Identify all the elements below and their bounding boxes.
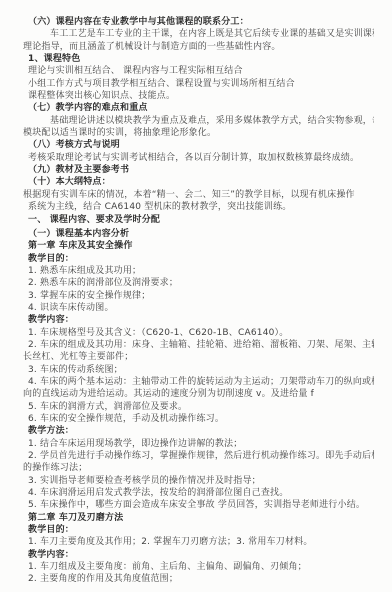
list-item: 5. 车床的润滑方式，润滑部位及要求。 xyxy=(23,401,374,413)
list-item: 2. 学员首先进行手动操作练习，掌握操作规律，然后进行机动操作练习。即先手动后机… xyxy=(23,450,374,462)
section-heading: （九）教材及主要参考书 xyxy=(23,164,374,176)
text-line: 的操作练习法； xyxy=(23,462,374,474)
label-heading: 教学方法： xyxy=(23,425,374,437)
list-item: 2. 车床的组成及其功用：床身、主轴箱、挂轮箱、进给箱、溜板箱、刀架、尾架、主轴… xyxy=(23,339,374,351)
text-line: 向的直线运动为进给运动。其运动的速度分别为切削速度 v。及进给量 f xyxy=(23,388,374,400)
list-item: 4. 车床的两个基本运动：主轴带动工件的旋转运动为主运动；刀架带动车刀的纵向或横 xyxy=(23,376,374,388)
text-line: 模块配以适当课时的实训，将抽象理论形象化。 xyxy=(23,127,374,139)
text-line: 基础理论讲述以模块教学为重点及难点，采用多媒体教学方式，结合实物参观，每一 xyxy=(23,115,374,127)
list-item: 5. 车床操作中，哪些方面会造成车床安全事故 学员回答，实训指导老师进行小结。 xyxy=(23,499,374,511)
list-item: 4. 识读车床传动图。 xyxy=(23,302,374,314)
label-heading: 教学目的： xyxy=(23,253,374,265)
text-line: 理论与实训相互结合、 课程内容与工程实际相互结合 xyxy=(23,65,374,77)
text-line: 车工工艺是车工专业的主干课，在内容上既是其它后续专业课的基础又是实训课程的 xyxy=(23,28,374,40)
list-item: 1. 结合车床运用现场教学，即边操作边讲解的教法； xyxy=(23,438,374,450)
label-heading: 教学目的： xyxy=(23,524,374,536)
list-item: 1. 车床规格型号及其含义：（C620-1、C620-1B、CA6140）。 xyxy=(23,327,374,339)
list-item: 1. 车刀组成及主要角度：前角、主后角、主偏角、副偏角、刃倾角； xyxy=(23,561,374,573)
text-line: 课程整体突出核心知识点、技能点。 xyxy=(23,90,374,102)
document-page: （六）课程内容在专业教学中与其他课程的联系分工： 车工工艺是车工专业的主干课，在… xyxy=(0,0,392,592)
section-heading: （六）课程内容在专业教学中与其他课程的联系分工： xyxy=(23,16,374,28)
label-heading: 教学内容： xyxy=(23,549,374,561)
list-item: 2. 熟悉车床的润滑部位及润滑要求； xyxy=(23,277,374,289)
list-item: 1. 熟悉车床组成及其功用； xyxy=(23,265,374,277)
list-item: 4. 车床润滑运用启发式教学法，按发给的润滑部位图自己查找。 xyxy=(23,487,374,499)
list-item: 1. 车刀主要角度及其作用；2. 掌握车刀刃磨方法；3. 常用车刀材料。 xyxy=(23,536,374,548)
text-line: 系统为主线，结合 CA6140 型机床的教材教学，突出技能训练。 xyxy=(23,201,374,213)
list-item: 3. 实训指导老师要检查考核学员的操作情况并及时指导； xyxy=(23,475,374,487)
text-line: 理论指导，而且涵盖了机械设计与制造方面的一些基础性内容。 xyxy=(23,41,374,53)
text-line: 小组工作方式与项目教学相互结合、课程设置与实训场所相互结合 xyxy=(23,78,374,90)
section-heading: 1、课程特色 xyxy=(23,53,374,65)
section-heading: （七）教学内容的难点和重点 xyxy=(23,102,374,114)
list-item: 3. 掌握车床的安全操作规律； xyxy=(23,290,374,302)
text-line: 根据现有实训车床的情况，本着“精一、会二、知三”的教学目标，以现有机床操作 xyxy=(23,189,374,201)
list-item: 2. 主要角度的作用及其角度值范围； xyxy=(23,573,374,585)
section-heading: （八）考核方式与说明 xyxy=(23,139,374,151)
text-line: 长丝杠、光杠等主要部件； xyxy=(23,351,374,363)
section-heading: （十）本大纲特点： xyxy=(23,176,374,188)
section-heading: 一、 课程内容、要求及学时分配 xyxy=(23,214,374,226)
section-heading: （一）课程基本内容分析 xyxy=(23,228,374,240)
list-item: 3. 车床的传动系统图； xyxy=(23,364,374,376)
list-item: 6. 车床的安全操作规范，手动及机动操作练习。 xyxy=(23,413,374,425)
chapter-heading: 第二章 车刀及刃磨方法 xyxy=(23,512,374,524)
label-heading: 教学内容： xyxy=(23,314,374,326)
text-line: 考核采取理论考试与实训考试相结合，各以百分制计算，取加权数核算最终成绩。 xyxy=(23,152,374,164)
chapter-heading: 第一章 车床及其安全操作 xyxy=(23,240,374,252)
